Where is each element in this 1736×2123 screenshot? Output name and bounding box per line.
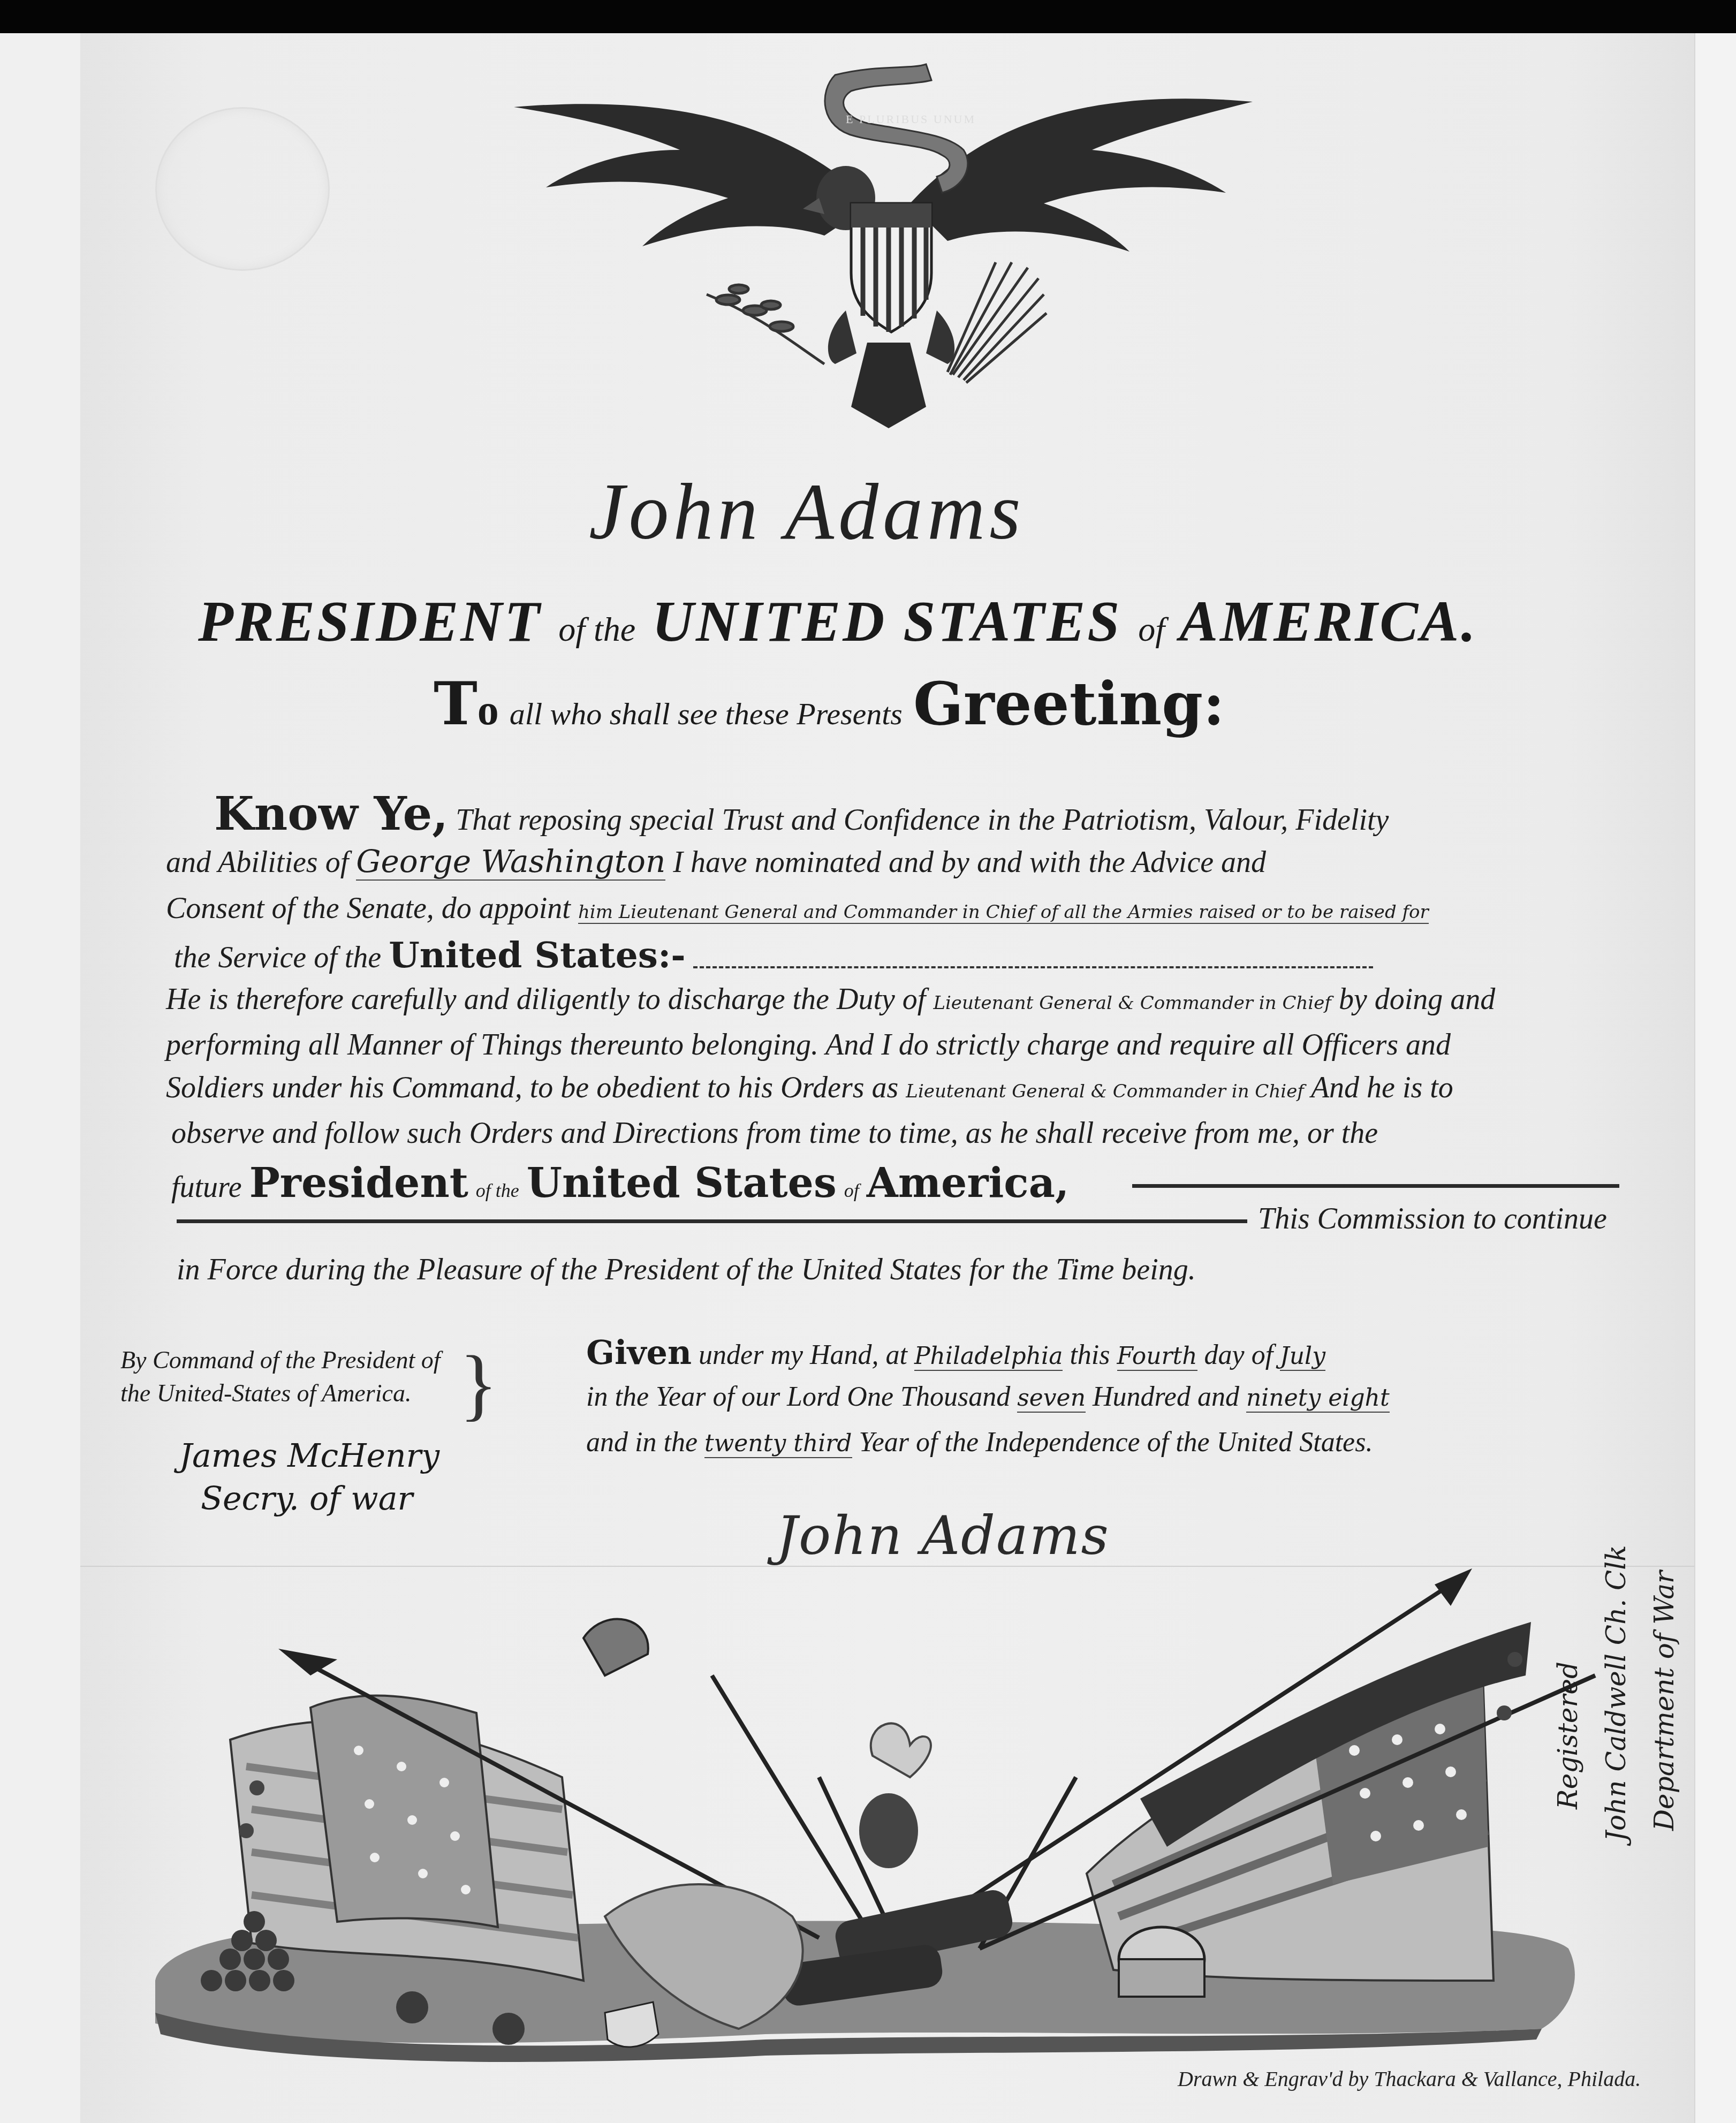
by-command-text: By Command of the President of the Unite… xyxy=(120,1344,440,1410)
given-century: seven xyxy=(1017,1384,1086,1413)
military-trophy-engraving-icon xyxy=(123,1499,1676,2072)
scan-top-border xyxy=(0,0,1736,33)
filler-rule-1 xyxy=(1132,1184,1619,1188)
body-line-5-post: by doing and xyxy=(1339,983,1495,1016)
body-line-1: Know Ye, That reposing special Trust and… xyxy=(214,787,1389,841)
title-of-the: of the xyxy=(558,610,635,648)
body-line-4-pre: the Service of the xyxy=(174,941,381,974)
body-line-5: He is therefore carefully and diligently… xyxy=(166,982,1495,1017)
title-president-of-usa: PRESIDENT of the UNITED STATES of AMERIC… xyxy=(198,589,1477,655)
body-line-9-of-the: of the xyxy=(476,1180,519,1201)
given-line-2: in the Year of our Lord One Thousand sev… xyxy=(586,1381,1390,1413)
appointee-name: George Washington xyxy=(356,843,665,881)
body-line-9-pre: future xyxy=(171,1171,242,1204)
body-line-2: and Abilities of George Washington I hav… xyxy=(166,843,1266,879)
registered-label: Registered xyxy=(1552,1662,1583,1809)
brace-glyph: } xyxy=(459,1338,498,1430)
given-text-3: day of xyxy=(1204,1340,1273,1370)
scan-left-margin xyxy=(0,33,80,2123)
greeting-initial-rest: o xyxy=(477,687,499,734)
orders-rank-fill: Lieutenant General & Commander in Chief xyxy=(906,1081,1304,1102)
given-text-2: this xyxy=(1070,1340,1110,1370)
given-gothic: Given xyxy=(586,1333,692,1372)
given-text-6: and in the xyxy=(586,1427,698,1458)
by-command-line-2: the United-States of America. xyxy=(120,1377,440,1410)
given-text-7: Year of the Independence of the United S… xyxy=(859,1427,1373,1458)
registrar-department: Department of War xyxy=(1649,1571,1680,1831)
body-line-5-pre: He is therefore carefully and diligently… xyxy=(166,983,926,1016)
body-line-6: performing all Manner of Things thereunt… xyxy=(166,1028,1451,1062)
body-line-11: in Force during the Pleasure of the Pres… xyxy=(177,1253,1196,1287)
body-line-3: Consent of the Senate, do appoint him Li… xyxy=(166,891,1429,926)
given-place: Philadelphia xyxy=(914,1343,1063,1371)
body-line-9-of: of xyxy=(844,1180,859,1201)
body-line-2-pre: and Abilities of xyxy=(166,846,348,879)
body-line-2-post: I have nominated and by and with the Adv… xyxy=(673,846,1266,879)
engraver-credit: Drawn & Engrav'd by Thackara & Vallance,… xyxy=(1178,2066,1641,2091)
given-day: Fourth xyxy=(1117,1343,1197,1371)
greeting-initial: T xyxy=(434,669,477,738)
body-line-9: future President of the United States of… xyxy=(171,1159,1069,1207)
greeting-line: To all who shall see these Presents Gree… xyxy=(434,669,1225,738)
dashed-filler-line xyxy=(693,952,1373,968)
body-line-8: observe and follow such Orders and Direc… xyxy=(171,1116,1378,1150)
greeting-word: Greeting: xyxy=(913,669,1225,738)
title-united-states: UNITED STATES xyxy=(652,590,1121,654)
scan-right-margin xyxy=(1694,33,1736,2123)
given-month: July xyxy=(1280,1343,1325,1371)
given-text-4: in the Year of our Lord One Thousand xyxy=(586,1382,1010,1412)
given-line-1: Given under my Hand, at Philadelphia thi… xyxy=(586,1333,1325,1372)
title-president: PRESIDENT xyxy=(198,590,542,654)
body-line-7-pre: Soldiers under his Command, to be obedie… xyxy=(166,1071,898,1104)
know-ye: Know Ye, xyxy=(214,787,448,841)
title-of: of xyxy=(1138,610,1165,648)
gothic-united-states: United States xyxy=(527,1159,837,1207)
by-command-line-1: By Command of the President of xyxy=(120,1344,440,1377)
united-states-gothic: United States:- xyxy=(389,934,686,976)
body-line-7-post: And he is to xyxy=(1311,1071,1453,1104)
greeting-text: all who shall see these Presents xyxy=(510,696,903,731)
eagle-emblem-icon xyxy=(503,43,1263,450)
appointment-rank-fill: him Lieutenant General and Commander in … xyxy=(578,901,1429,924)
body-line-3-pre: Consent of the Senate, do appoint xyxy=(166,892,571,925)
body-line-7: Soldiers under his Command, to be obedie… xyxy=(166,1071,1453,1105)
embossed-seal xyxy=(155,107,330,271)
gothic-america: America, xyxy=(867,1159,1070,1207)
given-year: ninety eight xyxy=(1246,1384,1390,1413)
given-independence-year: twenty third xyxy=(704,1430,852,1458)
registrar-name: John Caldwell Ch. Clk xyxy=(1601,1545,1632,1841)
duty-rank-fill: Lieutenant General & Commander in Chief xyxy=(933,992,1331,1014)
body-line-1-text: That reposing special Trust and Confiden… xyxy=(456,803,1389,837)
body-line-4: the Service of the United States:- xyxy=(174,934,1373,976)
gothic-president: President xyxy=(249,1159,468,1207)
given-line-3: and in the twenty third Year of the Inde… xyxy=(586,1427,1373,1458)
president-name-heading: John Adams xyxy=(589,466,1025,558)
body-line-10: This Commission to continue xyxy=(1258,1202,1607,1236)
given-text-1: under my Hand, at xyxy=(699,1340,907,1370)
given-text-5: Hundred and xyxy=(1093,1382,1239,1412)
eagle-motto: E PLURIBUS UNUM xyxy=(846,112,976,126)
secretary-signature: James McHenry xyxy=(179,1435,439,1477)
filler-rule-2 xyxy=(177,1219,1247,1223)
title-america: AMERICA. xyxy=(1179,590,1477,654)
